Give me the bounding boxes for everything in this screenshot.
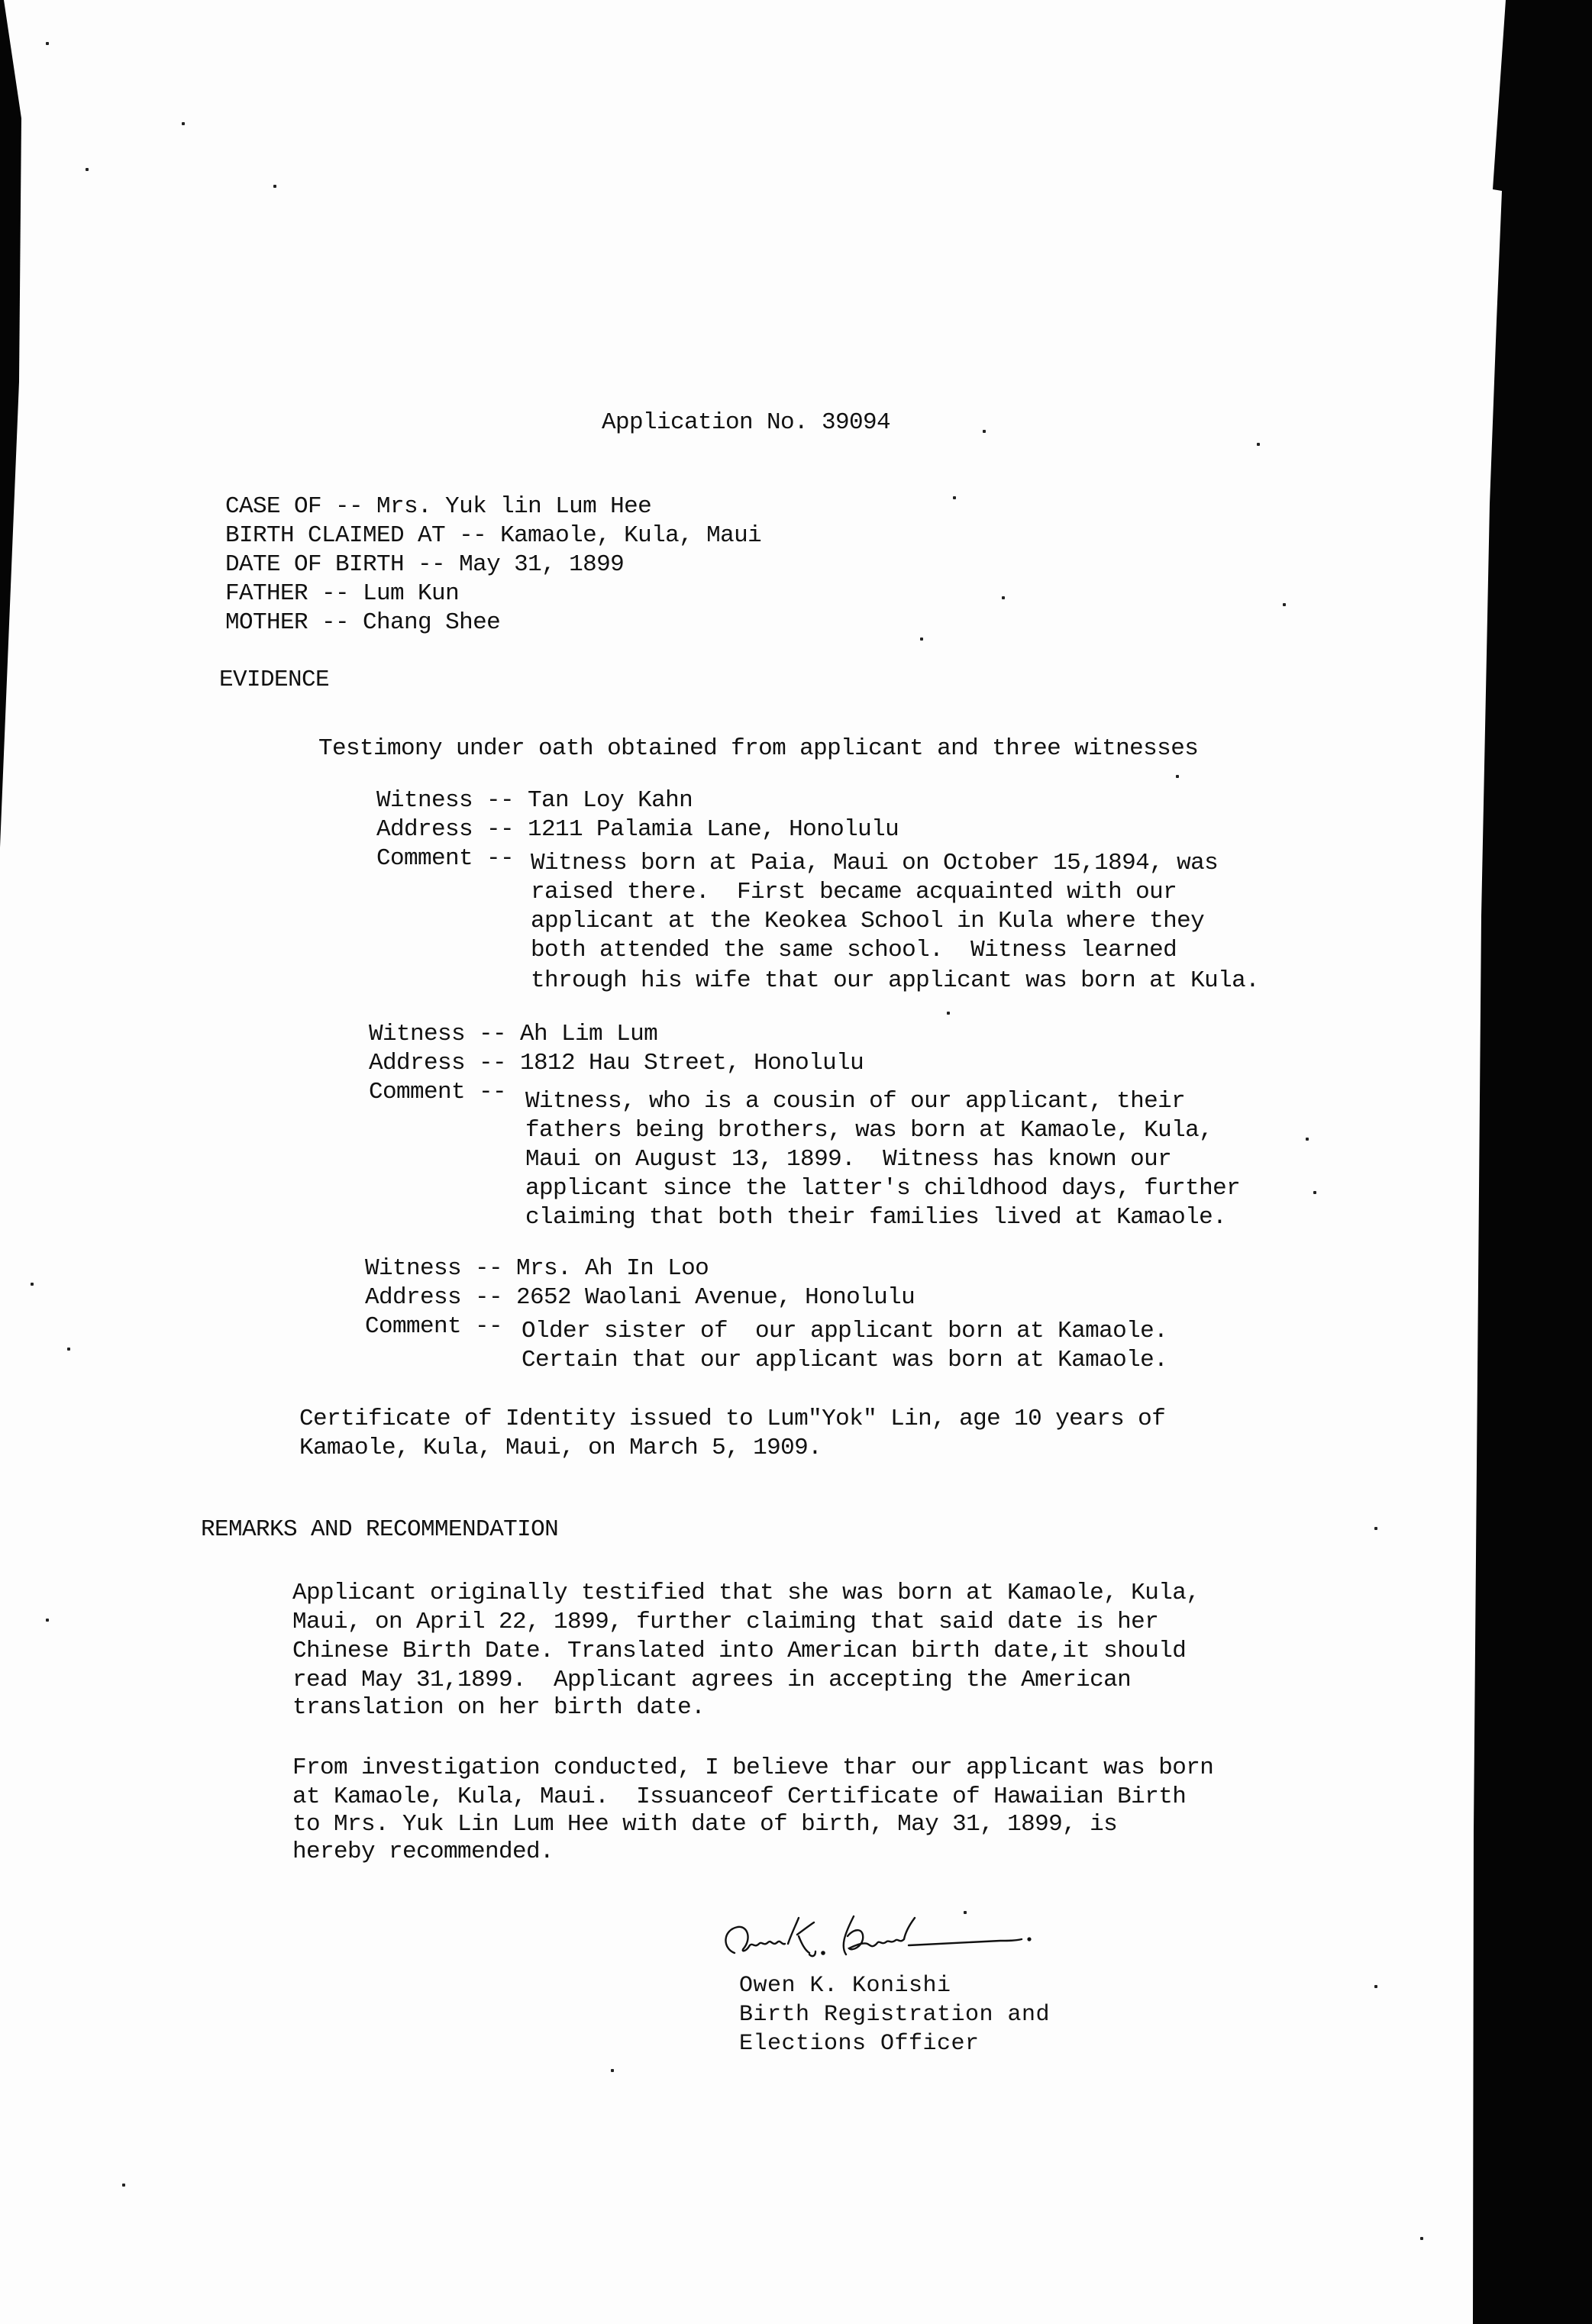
witness-label: Witness -- (365, 1255, 502, 1282)
signatory-title-line: Birth Registration and (739, 2000, 1050, 2029)
handwritten-signature-icon (718, 1909, 1038, 1970)
signatory-title-line: Elections Officer (739, 2029, 980, 2058)
comment-label: Comment -- (376, 844, 514, 873)
remarks-line: hereby recommended. (292, 1838, 554, 1867)
certificate-line: Kamaole, Kula, Maui, on March 5, 1909. (299, 1434, 822, 1463)
address-label: Address -- (369, 1050, 506, 1076)
witness-address-line: Address -- 1211 Palamia Lane, Honolulu (376, 815, 899, 844)
evidence-intro: Testimony under oath obtained from appli… (318, 734, 1198, 763)
comment-line: through his wife that our applicant was … (531, 967, 1259, 996)
witness-name-line: Witness -- Mrs. Ah In Loo (365, 1254, 709, 1283)
mother-value: Chang Shee (363, 609, 500, 636)
remarks-line: read May 31,1899. Applicant agrees in ac… (292, 1666, 1131, 1695)
comment-line: Witness, who is a cousin of our applican… (525, 1087, 1185, 1116)
comment-line: applicant since the latter's childhood d… (525, 1174, 1240, 1203)
comment-line: applicant at the Keokea School in Kula w… (531, 907, 1204, 936)
comment-line: fathers being brothers, was born at Kama… (525, 1116, 1213, 1145)
comment-line: Certain that our applicant was born at K… (522, 1346, 1167, 1375)
birth-claimed-line: BIRTH CLAIMED AT -- Kamaole, Kula, Maui (225, 521, 761, 550)
witness-address-line: Address -- 1812 Hau Street, Honolulu (369, 1049, 864, 1078)
witness-name-line: Witness -- Tan Loy Kahn (376, 786, 693, 815)
father-line: FATHER -- Lum Kun (225, 579, 459, 608)
remarks-line: to Mrs. Yuk Lin Lum Hee with date of bir… (292, 1810, 1117, 1839)
comment-line: Maui on August 13, 1899. Witness has kno… (525, 1145, 1171, 1174)
witness-name: Tan Loy Kahn (528, 787, 693, 814)
address-label: Address -- (376, 816, 514, 843)
comment-label: Comment -- (365, 1312, 502, 1341)
signatory-name: Owen K. Konishi (739, 1971, 951, 2000)
witness-label: Witness -- (369, 1021, 506, 1047)
witness-address: 1812 Hau Street, Honolulu (520, 1050, 864, 1076)
comment-line: Older sister of our applicant born at Ka… (522, 1317, 1167, 1346)
evidence-heading: EVIDENCE (219, 666, 329, 695)
father-label: FATHER (225, 580, 308, 607)
remarks-line: Maui, on April 22, 1899, further claimin… (292, 1608, 1158, 1637)
case-of-line: CASE OF -- Mrs. Yuk lin Lum Hee (225, 492, 651, 521)
comment-line: both attended the same school. Witness l… (531, 936, 1177, 965)
date-of-birth-line: DATE OF BIRTH -- May 31, 1899 (225, 550, 624, 579)
witness-name-line: Witness -- Ah Lim Lum (369, 1020, 657, 1049)
mother-line: MOTHER -- Chang Shee (225, 608, 500, 637)
application-number: Application No. 39094 (602, 408, 890, 437)
witness-address: 1211 Palamia Lane, Honolulu (528, 816, 899, 843)
remarks-line: translation on her birth date. (292, 1693, 705, 1722)
scanned-document-page: Application No. 39094 CASE OF -- Mrs. Yu… (0, 0, 1592, 2324)
certificate-line: Certificate of Identity issued to Lum"Yo… (299, 1405, 1165, 1434)
date-of-birth-value: May 31, 1899 (459, 551, 624, 578)
witness-name: Mrs. Ah In Loo (516, 1255, 709, 1282)
witness-address: 2652 Waolani Avenue, Honolulu (516, 1284, 915, 1311)
comment-line: Witness born at Paia, Maui on October 15… (531, 849, 1218, 878)
mother-label: MOTHER (225, 609, 308, 636)
remarks-line: Applicant originally testified that she … (292, 1579, 1200, 1608)
date-of-birth-label: DATE OF BIRTH (225, 551, 404, 578)
remarks-heading: REMARKS AND RECOMMENDATION (201, 1515, 558, 1544)
witness-name: Ah Lim Lum (520, 1021, 657, 1047)
case-of-value: Mrs. Yuk lin Lum Hee (376, 493, 651, 520)
witness-address-line: Address -- 2652 Waolani Avenue, Honolulu (365, 1283, 915, 1312)
address-label: Address -- (365, 1284, 502, 1311)
father-value: Lum Kun (363, 580, 459, 607)
birth-claimed-value: Kamaole, Kula, Maui (500, 522, 761, 549)
remarks-line: Chinese Birth Date. Translated into Amer… (292, 1637, 1186, 1666)
case-of-label: CASE OF (225, 493, 321, 520)
comment-line: raised there. First became acquainted wi… (531, 878, 1177, 907)
remarks-line: From investigation conducted, I believe … (292, 1754, 1213, 1783)
comment-label: Comment -- (369, 1078, 506, 1107)
remarks-line: at Kamaole, Kula, Maui. Issuanceof Certi… (292, 1783, 1186, 1812)
comment-line: claiming that both their families lived … (525, 1203, 1226, 1232)
birth-claimed-label: BIRTH CLAIMED AT (225, 522, 445, 549)
witness-label: Witness -- (376, 787, 514, 814)
